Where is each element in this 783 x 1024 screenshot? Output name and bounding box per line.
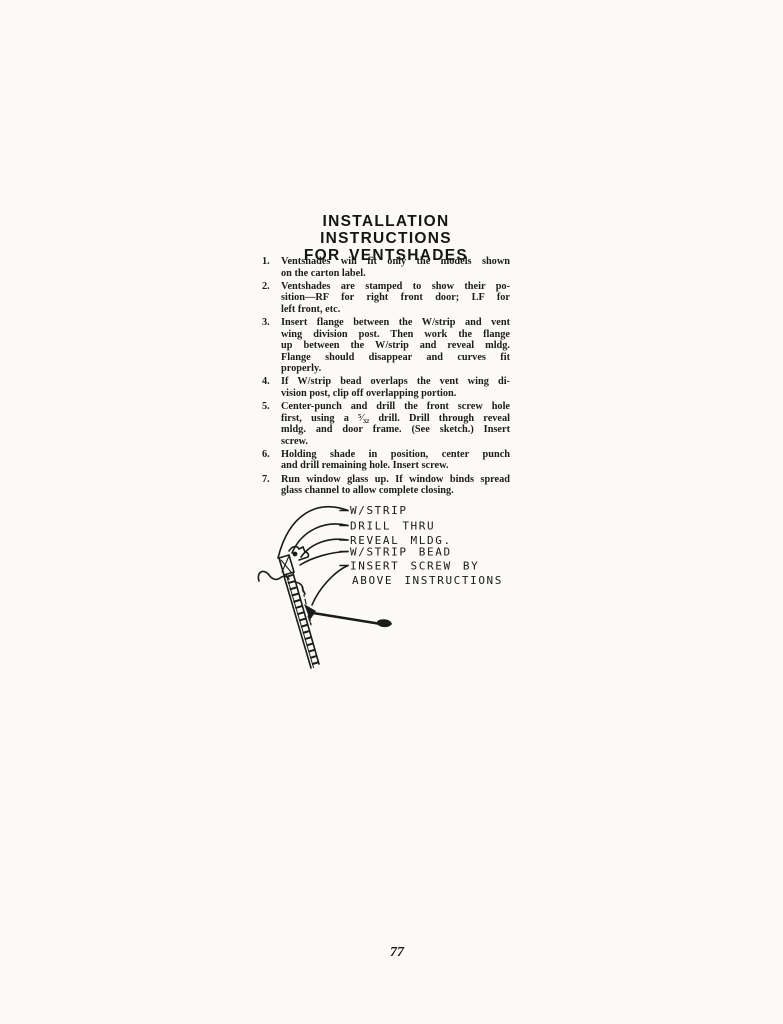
diagram-label-wstrip: W/STRIP (350, 504, 408, 517)
diagram-label-wstrip-bead: W/STRIP BEAD (350, 546, 452, 559)
item-text-line: Ventshades will fit only the models show… (281, 256, 510, 268)
item-text-line: sition—RF for right front door; LF for (281, 292, 510, 304)
instruction-item-5: 5. Center-punch and drill the front scre… (262, 401, 510, 447)
item-text-line: screw. (281, 436, 510, 448)
item-number: 3. (262, 317, 281, 375)
item-text-line: on the carton label. (281, 268, 510, 280)
pointer-shaft (313, 613, 381, 624)
item-text-line: vision post, clip off overlapping portio… (281, 388, 510, 400)
item-text-line: mldg. and door frame. (See sketch.) Inse… (281, 424, 510, 436)
item-text-line: wing division post. Then work the flange (281, 329, 510, 341)
diagram-label-drill-thru: DRILL THRU (350, 520, 435, 533)
item-number: 5. (262, 401, 281, 447)
item-text-line: first, using a ⁵⁄₃₂ drill. Drill through… (281, 413, 510, 425)
title-line-1: INSTALLATION INSTRUCTIONS (255, 213, 517, 247)
item-text-line: Run window glass up. If window binds spr… (281, 474, 510, 486)
leader-insert-screw (312, 566, 348, 606)
item-number: 2. (262, 281, 281, 316)
diagram-label-above-instructions: ABOVE INSTRUCTIONS (352, 574, 503, 587)
item-text-line: and drill remaining hole. Insert screw. (281, 460, 510, 472)
instruction-item-3: 3. Insert flange between the W/strip and… (262, 317, 510, 375)
item-number: 4. (262, 376, 281, 399)
page-number: 77 (262, 945, 532, 961)
diagram-label-insert-screw: INSERT SCREW BY (350, 560, 479, 573)
item-text-line: If W/strip bead overlaps the vent wing d… (281, 376, 510, 388)
instruction-list: 1. Ventshades will fit only the models s… (262, 256, 510, 499)
item-text-line: left front, etc. (281, 304, 510, 316)
instruction-item-4: 4. If W/strip bead overlaps the vent win… (262, 376, 510, 399)
item-number: 6. (262, 449, 281, 472)
channel-section (279, 555, 294, 575)
item-text-line: Center-punch and drill the front screw h… (281, 401, 510, 413)
installation-sketch: W/STRIP DRILL THRU REVEAL MLDG. W/STRIP … (255, 494, 517, 694)
instruction-item-1: 1. Ventshades will fit only the models s… (262, 256, 510, 279)
item-text-line: Holding shade in position, center punch (281, 449, 510, 461)
document-page: INSTALLATION INSTRUCTIONS FOR VENTSHADES… (0, 0, 783, 1024)
clip-bead (293, 552, 298, 557)
item-text-line: Ventshades are stamped to show their po- (281, 281, 510, 293)
instruction-item-2: 2. Ventshades are stamped to show their … (262, 281, 510, 316)
instruction-item-6: 6. Holding shade in position, center pun… (262, 449, 510, 472)
leader-dash-group (340, 511, 348, 566)
item-text-line: up between the W/strip and reveal mldg. (281, 340, 510, 352)
pointer-tail (377, 619, 392, 627)
item-text-line: Insert flange between the W/strip and ve… (281, 317, 510, 329)
item-text-line: Flange should disappear and curves fit (281, 352, 510, 364)
item-text-line: properly. (281, 363, 510, 375)
item-number: 1. (262, 256, 281, 279)
